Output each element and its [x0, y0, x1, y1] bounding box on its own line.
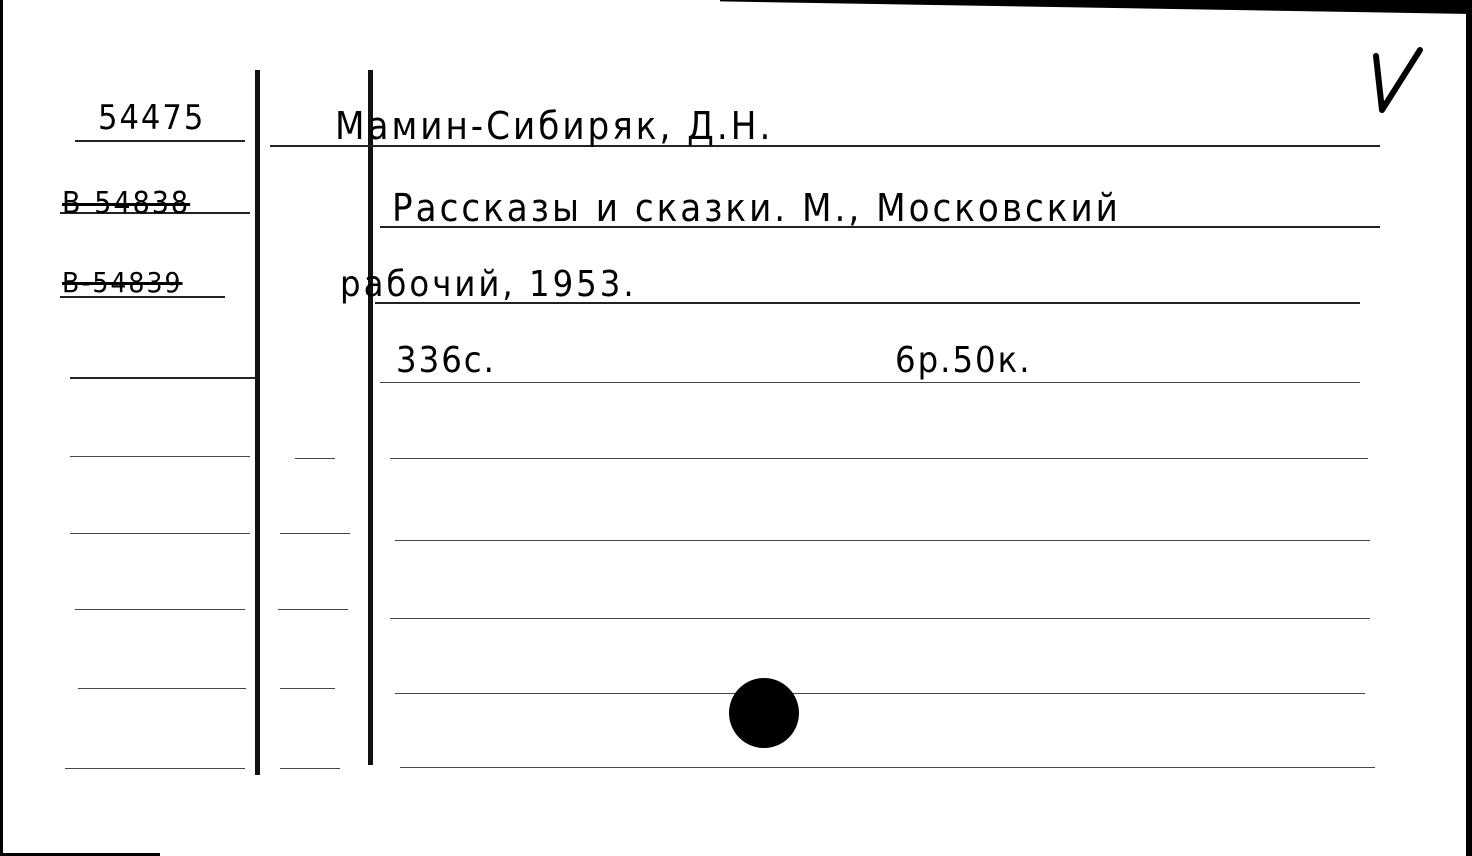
rule — [390, 618, 1370, 619]
main-margin-rule — [368, 70, 373, 765]
rule — [78, 688, 246, 689]
price: 6р.50к. — [895, 340, 1032, 381]
title-imprint-line: Рассказы и сказки. М., Московский — [392, 186, 1121, 230]
author-heading: Мамин-Сибиряк, Д.Н. — [335, 104, 773, 148]
rule — [280, 533, 350, 534]
rule — [380, 382, 1360, 383]
rule — [75, 140, 245, 142]
rule — [390, 458, 1368, 459]
call-number-struck-1: В-54838 — [62, 186, 190, 221]
rule — [295, 458, 335, 459]
left-margin-rule — [255, 70, 260, 775]
pagination: 336с. — [396, 340, 496, 381]
rule — [70, 533, 250, 534]
scan-edge-top — [720, 0, 1472, 14]
rule — [278, 609, 348, 610]
rule — [395, 693, 1365, 694]
scan-edge-right — [1466, 10, 1472, 856]
call-number-struck-2: В-54839 — [62, 266, 183, 299]
rule — [75, 609, 245, 610]
checkmark-icon — [1368, 40, 1428, 120]
catalog-card: 54475 В-54838 В-54839 Мамин-Сибиряк, Д.Н… — [0, 0, 1472, 856]
rule — [400, 767, 1375, 768]
rule — [70, 456, 250, 457]
punch-hole — [729, 678, 799, 748]
call-number-primary: 54475 — [98, 98, 205, 138]
publisher-year-line: рабочий, 1953. — [340, 264, 637, 305]
scan-edge-left — [0, 0, 3, 856]
rule — [280, 688, 335, 689]
rule — [70, 377, 255, 379]
rule — [280, 768, 340, 769]
rule — [395, 540, 1370, 541]
rule — [65, 768, 245, 769]
